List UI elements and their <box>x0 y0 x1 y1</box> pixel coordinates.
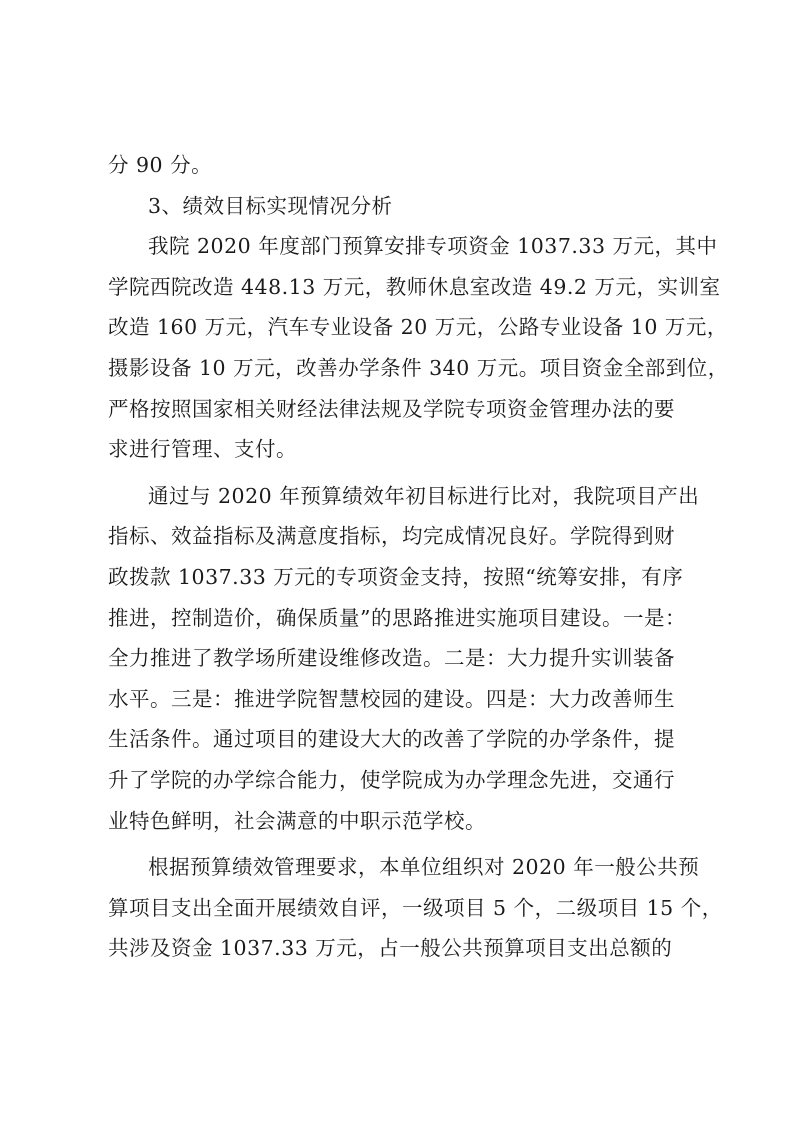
paragraph-budget-allocation: 我院 2020 年度部门预算安排专项资金 1037.33 万元，其中 学院西院改… <box>108 226 698 470</box>
text-line: 生活条件。通过项目的建设大大的改善了学院的办学条件，提 <box>108 719 698 760</box>
text-line: 我院 2020 年度部门预算安排专项资金 1037.33 万元，其中 <box>108 226 698 267</box>
text-line: 水平。三是：推进学院智慧校园的建设。四是：大力改善师生 <box>108 679 698 720</box>
paragraph-score-tail: 分 90 分。 <box>108 145 698 186</box>
text-line: 通过与 2020 年预算绩效年初目标进行比对，我院项目产出 <box>108 476 698 517</box>
paragraph-self-evaluation: 根据预算绩效管理要求，本单位组织对 2020 年一般公共预 算项目支出全面开展绩… <box>108 847 698 969</box>
text-line: 推进，控制造价，确保质量”的思路推进实施项目建设。一是： <box>108 598 698 639</box>
text-line: 指标、效益指标及满意度指标，均完成情况良好。学院得到财 <box>108 516 698 557</box>
text-line: 业特色鲜明，社会满意的中职示范学校。 <box>108 801 698 842</box>
text-line: 摄影设备 10 万元，改善办学条件 340 万元。项目资金全部到位， <box>108 348 698 389</box>
text-line: 根据预算绩效管理要求，本单位组织对 2020 年一般公共预 <box>108 847 698 888</box>
text-line: 严格按照国家相关财经法律法规及学院专项资金管理办法的要 <box>108 389 698 430</box>
text-line: 共涉及资金 1037.33 万元，占一般公共预算项目支出总额的 <box>108 928 698 969</box>
text-line: 求进行管理、支付。 <box>108 429 698 470</box>
section-heading: 3、绩效目标实现情况分析 <box>108 186 698 227</box>
text-line: 分 90 分。 <box>108 145 698 186</box>
text-line: 政拨款 1037.33 万元的专项资金支持，按照“统筹安排，有序 <box>108 557 698 598</box>
paragraph-comparison: 通过与 2020 年预算绩效年初目标进行比对，我院项目产出 指标、效益指标及满意… <box>108 476 698 841</box>
text-line: 算项目支出全面开展绩效自评，一级项目 5 个，二级项目 15 个， <box>108 888 698 929</box>
text-line: 全力推进了教学场所建设维修改造。二是：大力提升实训装备 <box>108 638 698 679</box>
text-line: 改造 160 万元，汽车专业设备 20 万元，公路专业设备 10 万元， <box>108 307 698 348</box>
heading-text: 3、绩效目标实现情况分析 <box>108 186 698 227</box>
text-line: 学院西院改造 448.13 万元，教师休息室改造 49.2 万元，实训室 <box>108 267 698 308</box>
document-page: 分 90 分。 3、绩效目标实现情况分析 我院 2020 年度部门预算安排专项资… <box>108 145 698 969</box>
text-line: 升了学院的办学综合能力，使学院成为办学理念先进，交通行 <box>108 760 698 801</box>
